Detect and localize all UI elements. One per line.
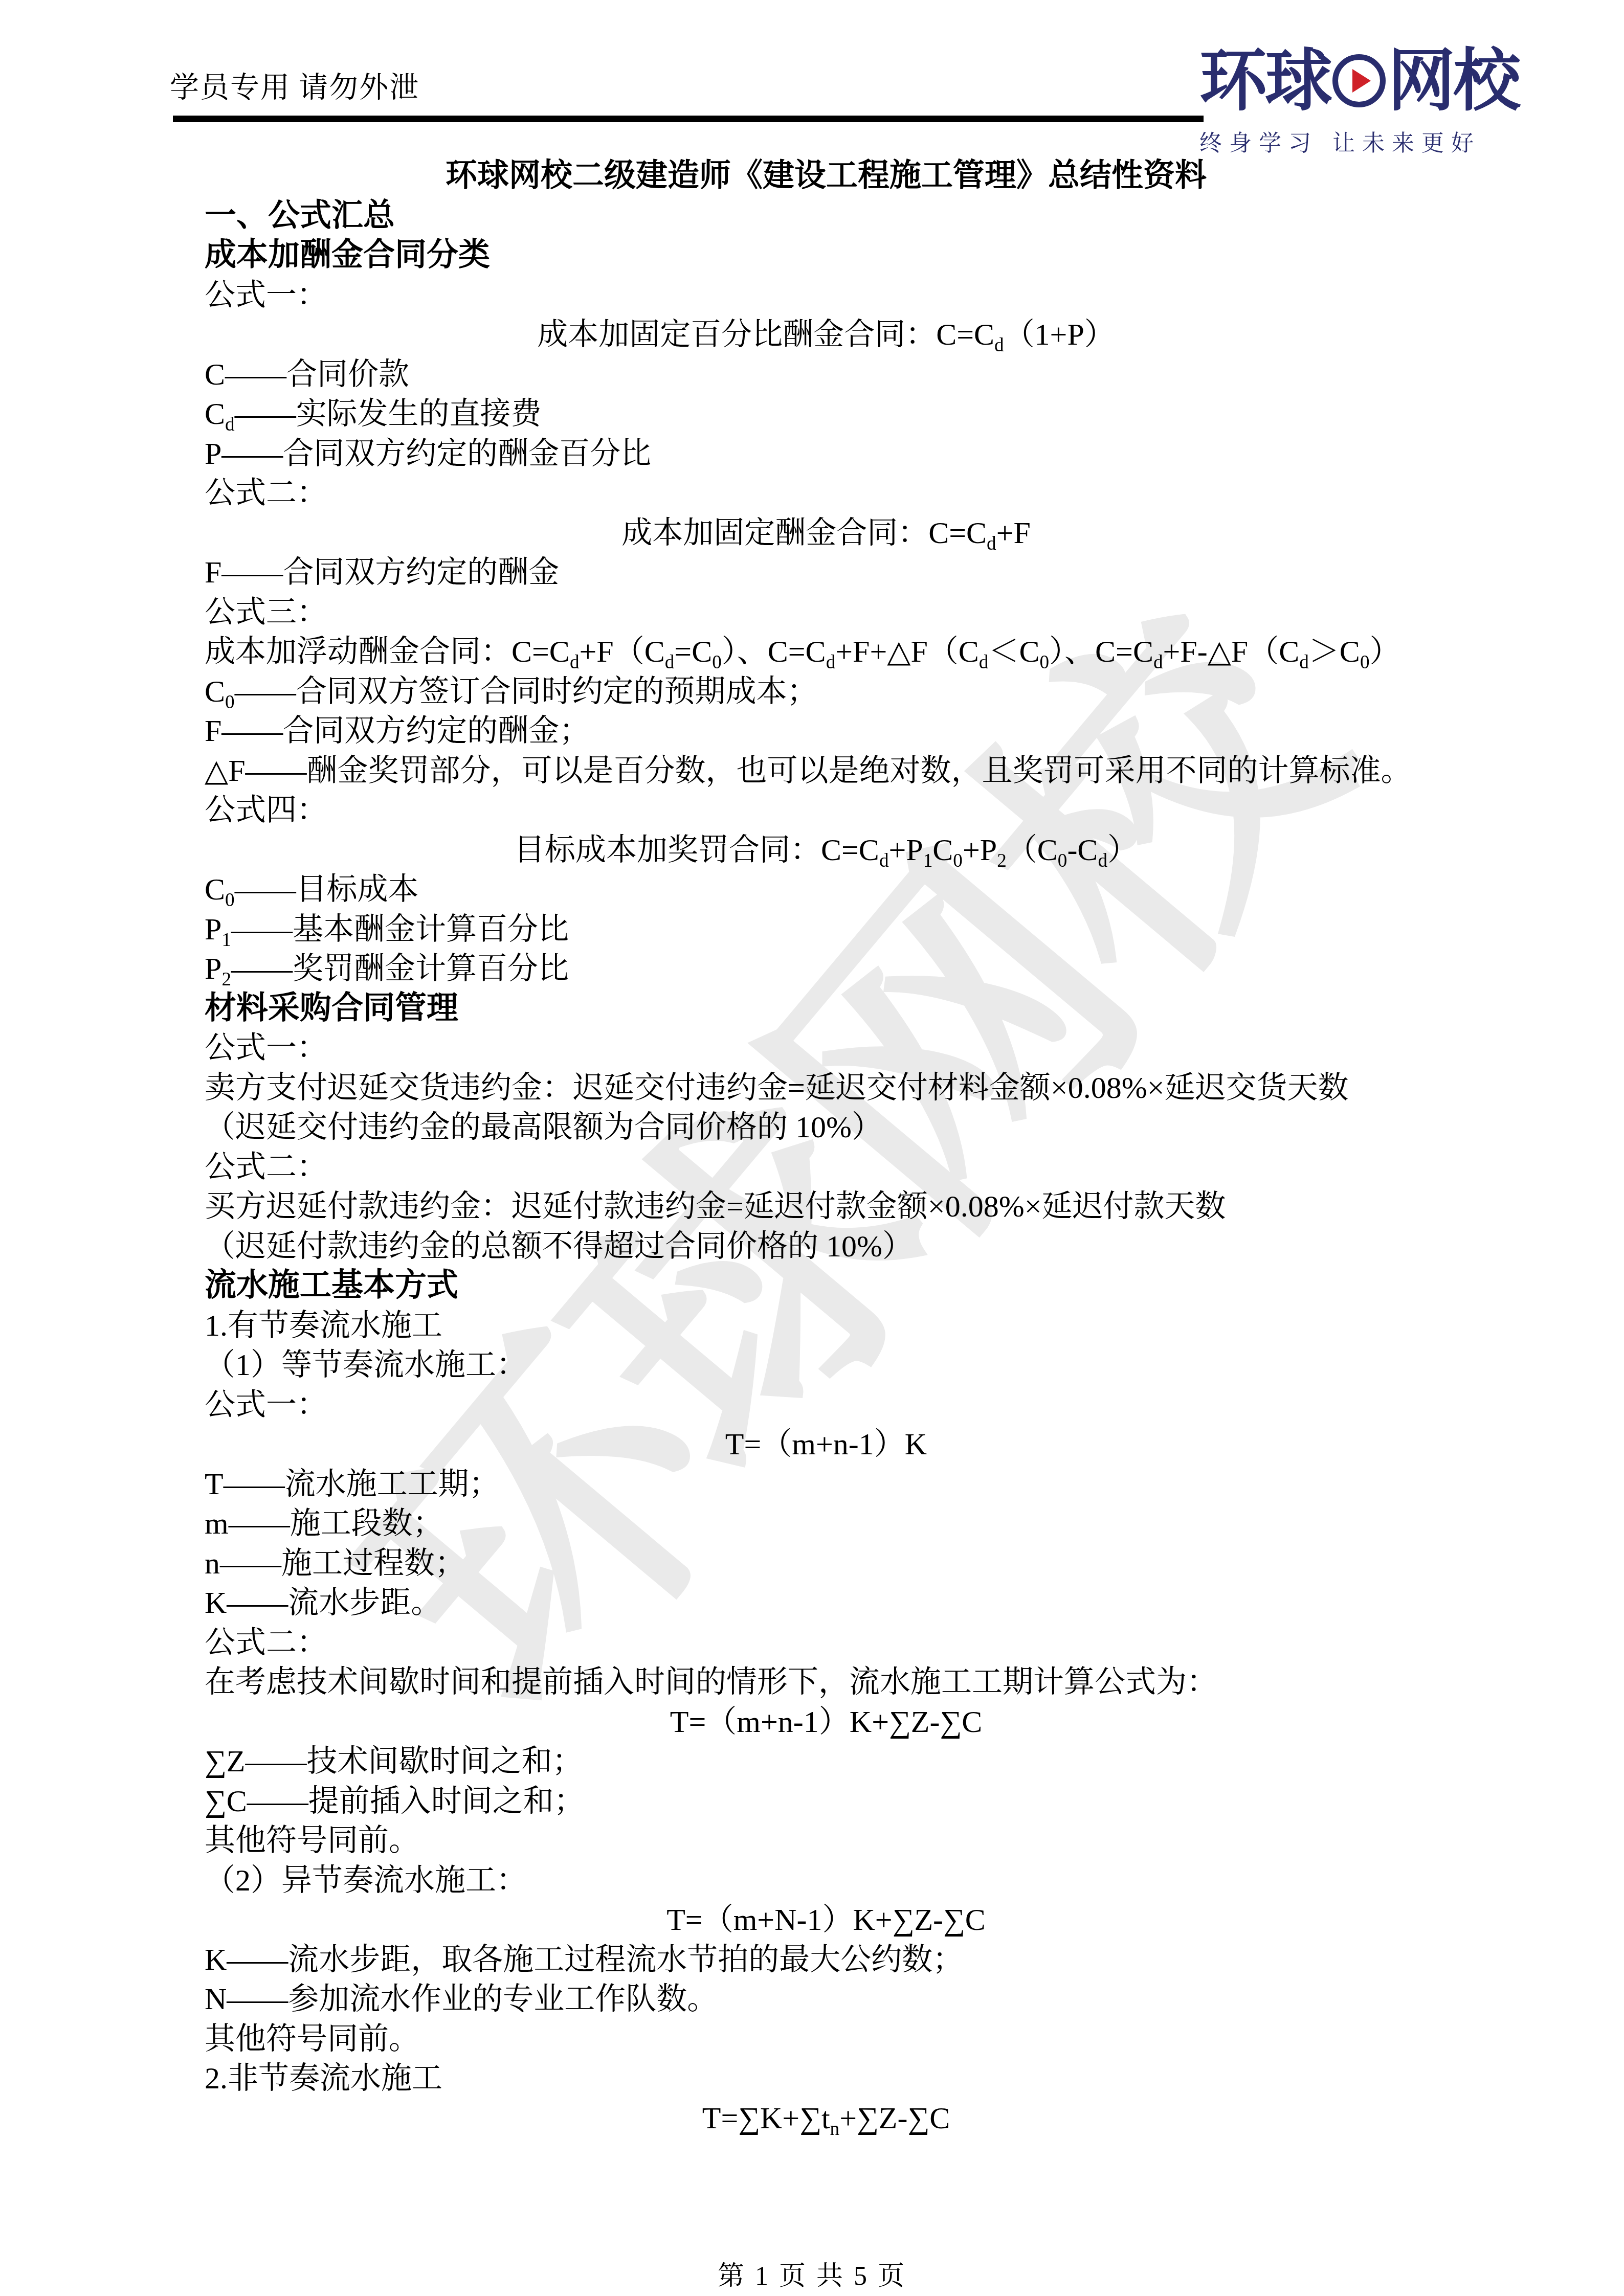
doc-line: 公式三： xyxy=(205,593,1448,633)
doc-line: K——流水步距，取各施工过程流水节拍的最大公约数； xyxy=(205,1940,1448,1980)
header-divider xyxy=(173,116,1204,122)
doc-line: m——施工段数； xyxy=(205,1504,1448,1544)
doc-line: P——合同双方约定的酬金百分比 xyxy=(205,434,1448,474)
logo-tagline: 终身学习 让未来更好 xyxy=(1199,125,1527,157)
section-heading: 流水施工基本方式 xyxy=(205,1266,1448,1306)
doc-line: n——施工过程数； xyxy=(205,1544,1448,1584)
doc-line: 其他符号同前。 xyxy=(205,1821,1448,1861)
doc-line: P2——奖罚酬金计算百分比 xyxy=(205,949,1448,989)
formula-line: 成本加固定百分比酬金合同：C=Cd（1+P） xyxy=(205,315,1448,355)
document-title: 环球网校二级建造师《建设工程施工管理》总结性资料 xyxy=(205,156,1448,196)
doc-line: （2）异节奏流水施工： xyxy=(205,1861,1448,1901)
play-triangle-icon xyxy=(1352,69,1371,93)
doc-line: 公式二： xyxy=(205,1147,1448,1187)
doc-line: △F——酬金奖罚部分，可以是百分数，也可以是绝对数，且奖罚可采用不同的计算标准。 xyxy=(205,751,1448,791)
doc-line: （迟延付款违约金的总额不得超过合同价格的 10%） xyxy=(205,1227,1448,1267)
doc-line: C0——目标成本 xyxy=(205,870,1448,910)
confidential-notice: 学员专用 请勿外泄 xyxy=(170,71,419,105)
doc-line: 公式一： xyxy=(205,276,1448,316)
doc-line: 卖方支付迟延交货违约金：迟延交付违约金=延迟交付材料金额×0.08%×延迟交货天… xyxy=(205,1068,1448,1108)
doc-line: 公式二： xyxy=(205,1623,1448,1663)
section-heading: 材料采购合同管理 xyxy=(205,989,1448,1029)
formula-line: 成本加固定酬金合同：C=Cd+F xyxy=(205,513,1448,553)
doc-line: C——合同价款 xyxy=(205,355,1448,395)
doc-line: ∑Z——技术间歇时间之和； xyxy=(205,1742,1448,1782)
doc-line: 1.有节奏流水施工 xyxy=(205,1306,1448,1346)
play-circle-icon xyxy=(1332,54,1386,107)
doc-line: N——参加流水作业的专业工作队数。 xyxy=(205,1979,1448,2019)
doc-line: C0——合同双方签订合同时约定的预期成本； xyxy=(205,672,1448,712)
document-page: 学员专用 请勿外泄 环球 网校 终身学习 让未来更好 环球网校 环球网校二级建造… xyxy=(0,0,1624,2296)
formula-line: T=（m+N-1）K+∑Z-∑C xyxy=(205,1900,1448,1940)
doc-line: T——流水施工工期； xyxy=(205,1465,1448,1504)
doc-line: 公式一： xyxy=(205,1385,1448,1425)
document-body: 环球网校二级建造师《建设工程施工管理》总结性资料 一、公式汇总成本加酬金合同分类… xyxy=(205,156,1448,2138)
formula-line: T=（m+n-1）K+∑Z-∑C xyxy=(205,1702,1448,1742)
doc-line: （迟延交付违约金的最高限额为合同价格的 10%） xyxy=(205,1108,1448,1147)
doc-line: F——合同双方约定的酬金 xyxy=(205,553,1448,593)
doc-line: ∑C——提前插入时间之和； xyxy=(205,1782,1448,1821)
doc-line: 公式二： xyxy=(205,474,1448,513)
logo-text-left: 环球 xyxy=(1199,47,1330,115)
doc-line: 公式四： xyxy=(205,791,1448,830)
doc-line: 公式一： xyxy=(205,1028,1448,1068)
formula-line: T=∑K+∑tn+∑Z-∑C xyxy=(205,2099,1448,2139)
brand-logo: 环球 网校 终身学习 让未来更好 xyxy=(1199,47,1527,157)
formula-line: 目标成本加奖罚合同：C=Cd+P1C0+P2（C0-Cd） xyxy=(205,830,1448,870)
formula-line: T=（m+n-1）K xyxy=(205,1425,1448,1465)
doc-line: F——合同双方约定的酬金； xyxy=(205,711,1448,751)
page-number: 第 1 页 共 5 页 xyxy=(718,2262,906,2291)
section-heading: 一、公式汇总 xyxy=(205,196,1448,236)
content-lines: 一、公式汇总成本加酬金合同分类公式一：成本加固定百分比酬金合同：C=Cd（1+P… xyxy=(205,196,1448,2139)
doc-line: 在考虑技术间歇时间和提前插入时间的情形下，流水施工工期计算公式为： xyxy=(205,1662,1448,1702)
section-heading: 成本加酬金合同分类 xyxy=(205,236,1448,276)
doc-line: 2.非节奏流水施工 xyxy=(205,2059,1448,2099)
doc-line: 其他符号同前。 xyxy=(205,2019,1448,2059)
doc-line: K——流水步距。 xyxy=(205,1583,1448,1623)
page-footer: 第 1 页 共 5 页 xyxy=(0,2254,1624,2292)
logo-wordmark: 环球 网校 xyxy=(1199,47,1527,115)
doc-line: 成本加浮动酬金合同：C=Cd+F（Cd=C0）、C=Cd+F+△F（Cd＜C0）… xyxy=(205,632,1448,672)
doc-line: （1）等节奏流水施工： xyxy=(205,1345,1448,1385)
doc-line: 买方迟延付款违约金：迟延付款违约金=延迟付款金额×0.08%×延迟付款天数 xyxy=(205,1187,1448,1227)
logo-text-right: 网校 xyxy=(1388,47,1519,115)
doc-line: Cd——实际发生的直接费 xyxy=(205,394,1448,434)
doc-line: P1——基本酬金计算百分比 xyxy=(205,910,1448,950)
